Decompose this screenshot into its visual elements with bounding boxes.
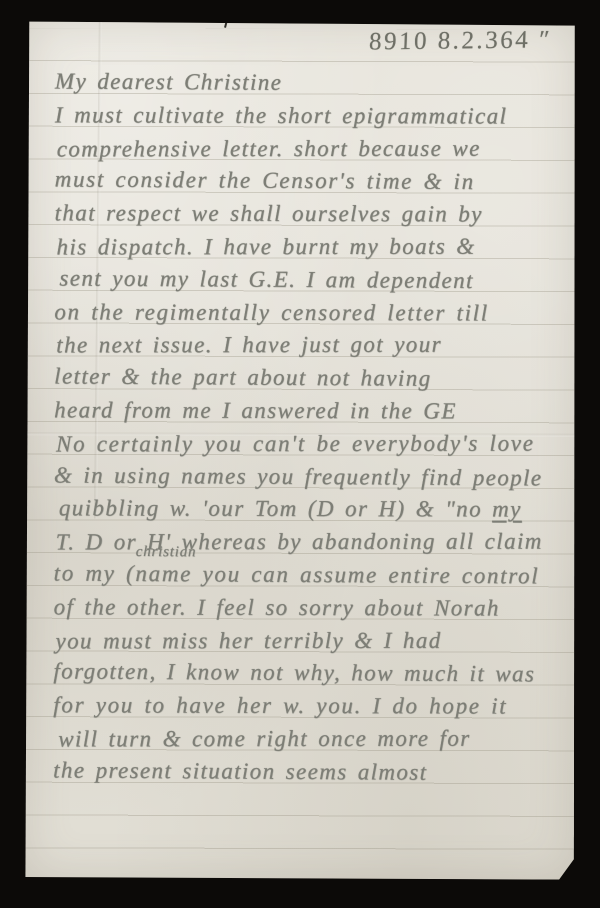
letter-line: his dispatch. I have burnt my boats &	[55, 231, 566, 265]
letter-line: you must miss her terribly & I had	[53, 624, 564, 658]
letter-line: heard from me I answered in the GE	[54, 394, 565, 428]
letter-line: I must cultivate the short epigrammatica…	[55, 99, 566, 133]
inserted-word: christian	[136, 545, 197, 560]
paper-edge-mark	[224, 19, 228, 28]
letter-line: forgotten, I know not why, how much it w…	[53, 656, 564, 692]
letter-line: for you to have her w. you. I do hope it	[53, 689, 564, 723]
letter-line: that respect we shall ourselves gain by	[55, 198, 566, 232]
letter-line: on the regimentally censored letter till	[54, 296, 565, 330]
letter-line: letter & the part about not having	[54, 361, 565, 397]
letter-line: the present situation seems almost	[53, 754, 564, 790]
underlined-word: my	[492, 497, 522, 522]
letter-line-segment: to my (	[54, 560, 136, 585]
letter-line: & in using names you frequently find peo…	[54, 459, 565, 495]
letter-line: must consider the Censor's time & in	[55, 164, 566, 200]
letter-line: the next issue. I have just got your	[54, 329, 565, 363]
letter-line: comprehensive letter. short because we	[55, 132, 566, 166]
letter-line: T. D or H' whereas by abandoning all cla…	[54, 526, 565, 560]
letter-line: to my (christianname you can assume enti…	[54, 557, 565, 593]
archive-reference-number: 8910 8.2.364 ″	[369, 26, 553, 56]
letter-line-segment: name you can assume entire control	[135, 561, 539, 588]
letter-line: of the other. I feel so sorry about Nora…	[54, 591, 565, 625]
letter-line: quibbling w. 'our Tom (D or H) & "no my	[54, 493, 565, 527]
letter-photograph: 8910 8.2.364 ″ My dearest Christine I mu…	[0, 0, 600, 908]
letter-line: sent you my last G.E. I am dependent	[54, 262, 565, 298]
letter-paper: 8910 8.2.364 ″ My dearest Christine I mu…	[25, 20, 576, 879]
letter-text: My dearest Christine I must cultivate th…	[53, 66, 566, 789]
letter-line: will turn & come right once more for	[53, 723, 564, 757]
letter-line-segment: quibbling w. 'our Tom (D or H) & "no	[59, 496, 492, 522]
letter-line-salutation: My dearest Christine	[55, 65, 566, 101]
letter-line: No certainly you can't be everybody's lo…	[54, 427, 565, 461]
